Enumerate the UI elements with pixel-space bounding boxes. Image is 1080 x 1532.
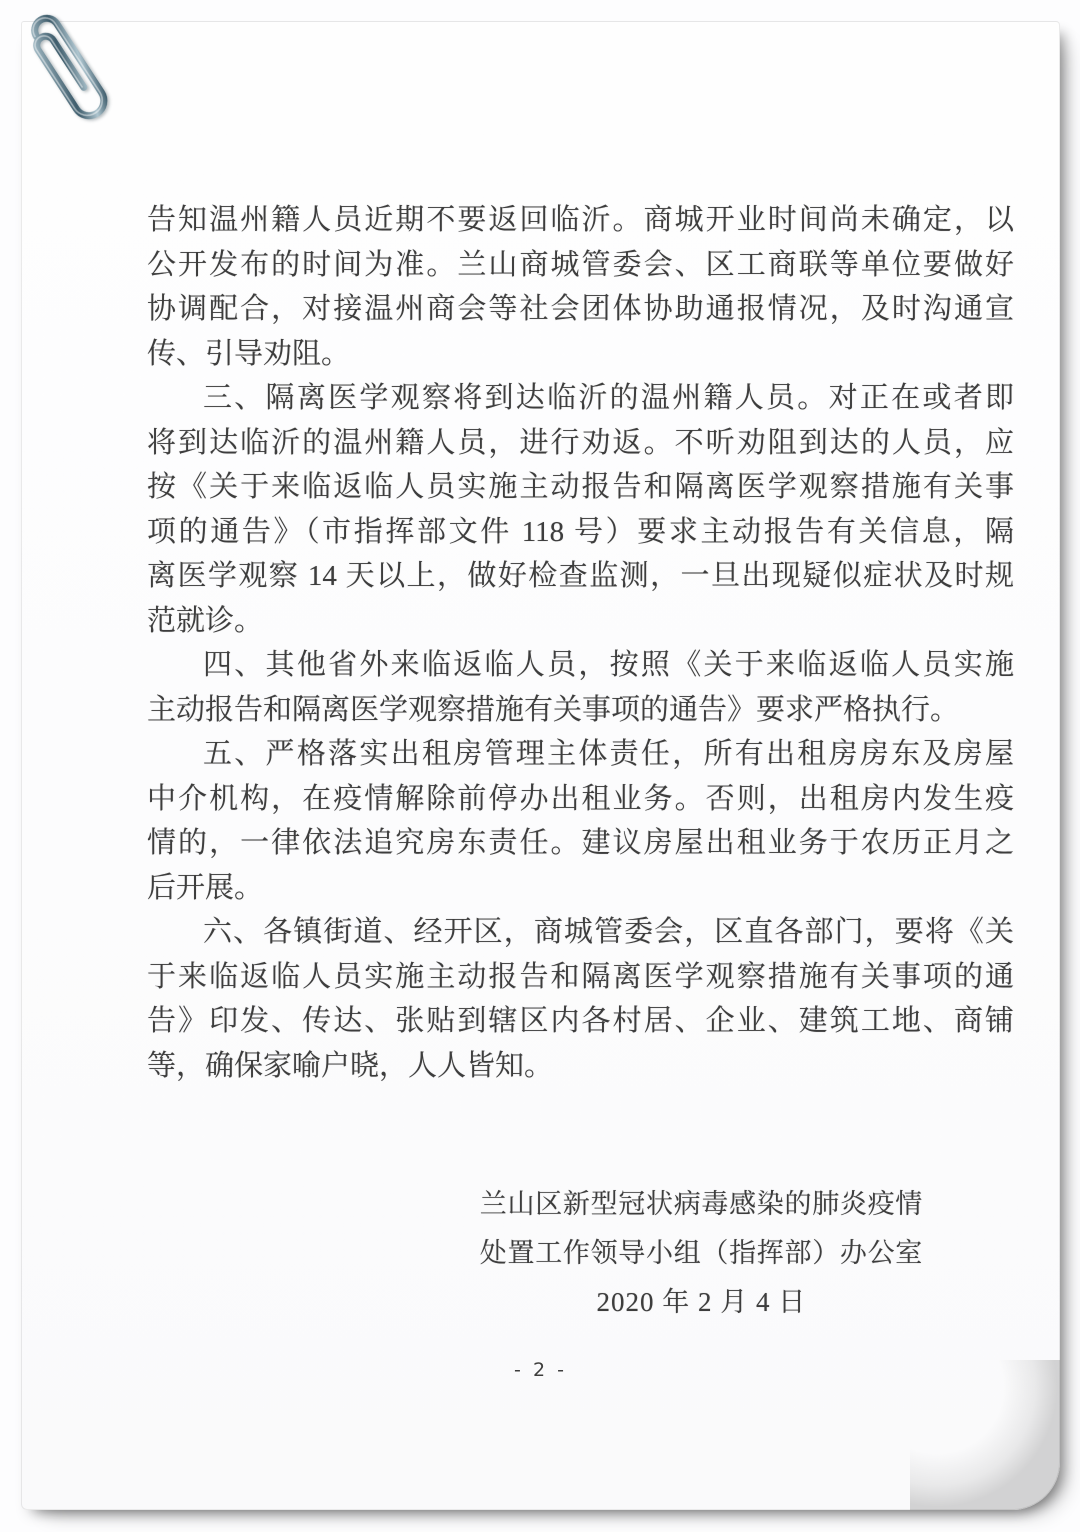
text-line: 离医学观察 14 天以上，做好检查监测，一旦出现疑似症状及时规 (147, 554, 1014, 599)
text-line: 公开发布的时间为准。兰山商城管委会、区工商联等单位要做好 (147, 243, 1014, 288)
text-line: 于来临返临人员实施主动报告和隔离医学观察措施有关事项的通 (147, 955, 1014, 1000)
text-line: 等，确保家喻户晓，人人皆知。 (147, 1044, 1014, 1089)
text-line: 告》印发、传达、张贴到辖区内各村居、企业、建筑工地、商铺 (147, 999, 1014, 1044)
paragraph: 五、严格落实出租房管理主体责任，所有出租房房东及房屋中介机构，在疫情解除前停办出… (147, 732, 1014, 910)
signature-block: 兰山区新型冠状病毒感染的肺炎疫情 处置工作领导小组（指挥部）办公室 2020 年… (480, 1180, 923, 1327)
text-line: 后开展。 (147, 866, 1014, 911)
paragraph: 告知温州籍人员近期不要返回临沂。商城开业时间尚未确定，以公开发布的时间为准。兰山… (147, 198, 1014, 376)
text-line: 中介机构，在疫情解除前停办出租业务。否则，出租房内发生疫 (147, 777, 1014, 822)
paragraph: 六、各镇街道、经开区，商城管委会，区直各部门，要将《关于来临返临人员实施主动报告… (147, 910, 1014, 1088)
paragraph: 四、其他省外来临返临人员，按照《关于来临返临人员实施主动报告和隔离医学观察措施有… (147, 643, 1014, 732)
document-page: 告知温州籍人员近期不要返回临沂。商城开业时间尚未确定，以公开发布的时间为准。兰山… (21, 21, 1060, 1510)
paragraph: 三、隔离医学观察将到达临沂的温州籍人员。对正在或者即将到达临沂的温州籍人员，进行… (147, 376, 1014, 643)
text-line: 协调配合，对接温州商会等社会团体协助通报情况，及时沟通宣 (147, 287, 1014, 332)
text-line: 主动报告和隔离医学观察措施有关事项的通告》要求严格执行。 (147, 688, 1014, 733)
page-number: - 2 - (22, 1359, 1059, 1381)
text-line: 情的，一律依法追究房东责任。建议房屋出租业务于农历正月之 (147, 821, 1014, 866)
text-line: 六、各镇街道、经开区，商城管委会，区直各部门，要将《关 (147, 910, 1014, 955)
text-line: 四、其他省外来临返临人员，按照《关于来临返临人员实施 (147, 643, 1014, 688)
signature-date: 2020 年 2 月 4 日 (480, 1278, 923, 1327)
signature-org-line1: 兰山区新型冠状病毒感染的肺炎疫情 (480, 1180, 923, 1229)
text-line: 五、严格落实出租房管理主体责任，所有出租房房东及房屋 (147, 732, 1014, 777)
scan-background: 告知温州籍人员近期不要返回临沂。商城开业时间尚未确定，以公开发布的时间为准。兰山… (0, 0, 1080, 1532)
document-body: 告知温州籍人员近期不要返回临沂。商城开业时间尚未确定，以公开发布的时间为准。兰山… (147, 198, 1014, 1088)
text-line: 将到达临沂的温州籍人员，进行劝返。不听劝阻到达的人员，应 (147, 421, 1014, 466)
text-line: 项的通告》（市指挥部文件 118 号）要求主动报告有关信息，隔 (147, 510, 1014, 555)
text-line: 三、隔离医学观察将到达临沂的温州籍人员。对正在或者即 (147, 376, 1014, 421)
text-line: 告知温州籍人员近期不要返回临沂。商城开业时间尚未确定，以 (147, 198, 1014, 243)
text-line: 传、引导劝阻。 (147, 332, 1014, 377)
text-line: 按《关于来临返临人员实施主动报告和隔离医学观察措施有关事 (147, 465, 1014, 510)
text-line: 范就诊。 (147, 599, 1014, 644)
signature-org-line2: 处置工作领导小组（指挥部）办公室 (480, 1229, 923, 1278)
